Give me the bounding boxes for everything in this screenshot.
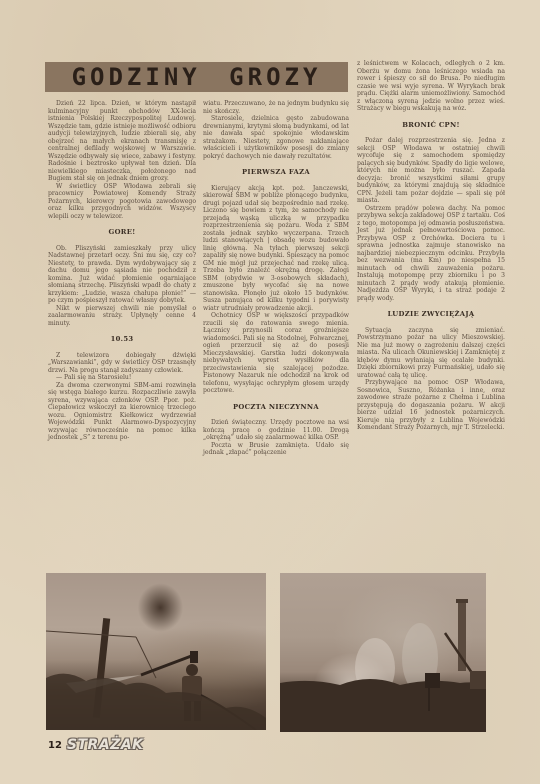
paragraph: Ostrzem prądów polewa dachy. Na pomoc pr… [357, 205, 505, 303]
paragraph: Dzień 22 lipca. Dzień, w którym nastąpił… [48, 100, 196, 183]
section-heading: PIERWSZA FAZA [203, 169, 349, 177]
photo-firefighter [46, 573, 266, 730]
section-heading: POCZTA NIECZYNNA [203, 404, 349, 412]
paragraph: Za dwoma czerwonymi SBM-ami rozwinęła si… [48, 382, 196, 442]
paragraph: Ochotnicy OSP w większości przypadków rz… [203, 312, 349, 395]
photo-ruins [280, 573, 486, 732]
paragraph: Z telewizora dobiegały dźwięki „Warszawi… [48, 352, 196, 375]
page-number: 12 [48, 740, 62, 751]
paragraph: — Pali się na Starosielu! [48, 374, 196, 382]
text-column-3: z leśnictwem w Kolacach, odległych o 2 k… [357, 60, 505, 432]
paragraph: Pożar dalej rozprzestrzenia się. Jedna z… [357, 137, 505, 205]
paragraph: Starosiele, dzielnica gęsto zabudowana d… [203, 115, 349, 160]
page-footer: 12 STRAŻAK [48, 737, 144, 753]
article-title: GODZINY GROZY [72, 63, 322, 91]
magazine-logo: STRAŻAK [67, 737, 144, 753]
text-column-1: Dzień 22 lipca. Dzień, w którym nastąpił… [48, 100, 196, 442]
paragraph: Nikt w pierwszej chwili nie pomyślał o z… [48, 305, 196, 328]
paragraph: Przybywające na pomoc OSP Włodawa, Sosno… [357, 379, 505, 432]
section-heading: BRONIĆ CPN! [357, 122, 505, 130]
photo-ruins-illustration [280, 573, 486, 732]
paragraph: Poczta w Brusie zamknięta. Udało się jed… [203, 442, 349, 457]
section-heading: GORE! [48, 229, 196, 237]
paragraph: z leśnictwem w Kolacach, odległych o 2 k… [357, 60, 505, 113]
text-column-2: wiatu. Przeczuwano, że na jednym budynku… [203, 100, 349, 457]
paragraph: Kierujący akcją kpt. poż. Janczewski, sk… [203, 185, 349, 313]
magazine-page: GODZINY GROZY Dzień 22 lipca. Dzień, w k… [0, 0, 540, 784]
paragraph: Ob. Pliszyński zamieszkały przy ulicy Na… [48, 245, 196, 305]
paragraph: Sytuacja zaczyna się zmieniać. Powstrzym… [357, 327, 505, 380]
title-banner: GODZINY GROZY [45, 62, 348, 92]
section-heading: LUDZIE ZWYCIĘŻAJĄ [357, 311, 505, 319]
photo-firefighter-illustration [46, 573, 266, 730]
paragraph: wiatu. Przeczuwano, że na jednym budynku… [203, 100, 349, 115]
section-heading: 10.53 [48, 336, 196, 344]
paragraph: Dzień świąteczny. Urzędy pocztowe na wsi… [203, 419, 349, 442]
paragraph: W świetlicy OSP Włodawa zebrali się prac… [48, 183, 196, 221]
